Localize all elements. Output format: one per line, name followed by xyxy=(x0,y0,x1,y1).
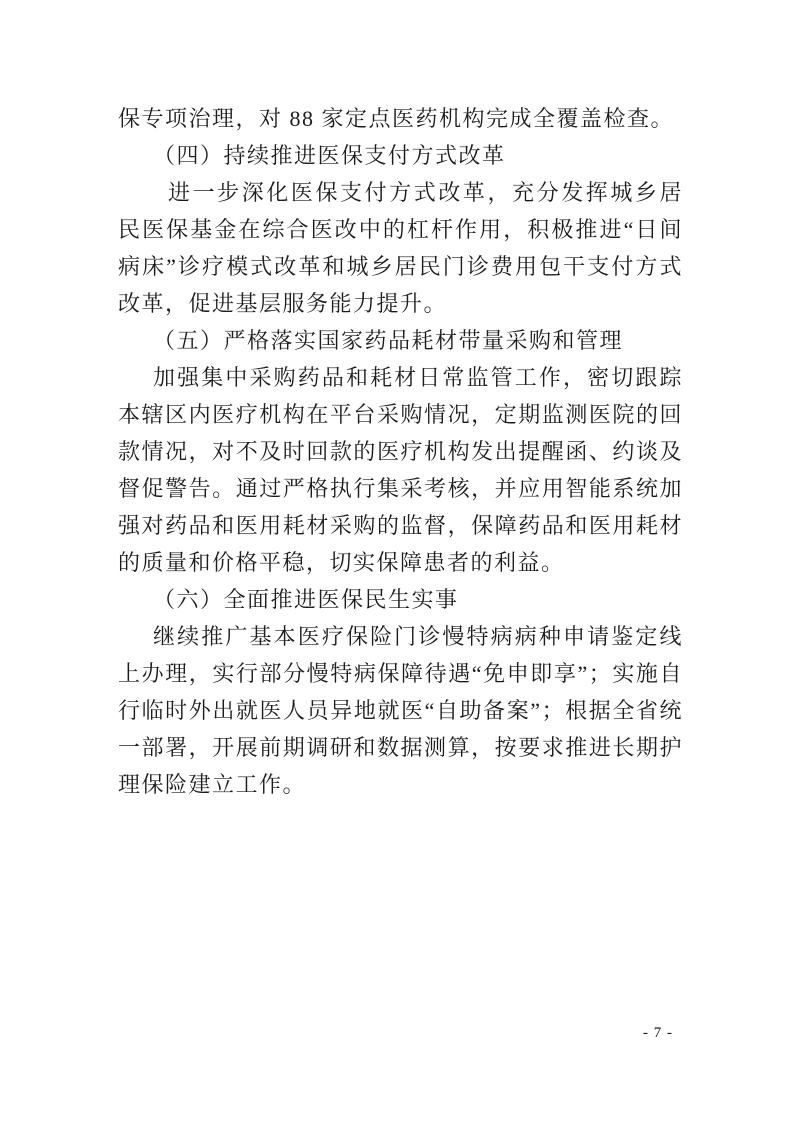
section-heading-4: （四）持续推进医保支付方式改革 xyxy=(118,137,683,174)
document-page: 保专项治理，对 88 家定点医药机构完成全覆盖检查。 （四）持续推进医保支付方式… xyxy=(0,0,793,1122)
section-heading-6: （六）全面推进医保民生实事 xyxy=(118,581,683,618)
paragraph-section-6-body: 继续推广基本医疗保险门诊慢特病病种申请鉴定线上办理，实行部分慢特病保障待遇“免申… xyxy=(118,618,683,803)
document-body: 保专项治理，对 88 家定点医药机构完成全覆盖检查。 （四）持续推进医保支付方式… xyxy=(118,100,683,803)
section-heading-5: （五）严格落实国家药品耗材带量采购和管理 xyxy=(118,322,683,359)
paragraph-section-4-body: 进一步深化医保支付方式改革，充分发挥城乡居民医保基金在综合医改中的杠杆作用，积极… xyxy=(118,174,683,322)
paragraph-section-5-body: 加强集中采购药品和耗材日常监管工作，密切跟踪本辖区内医疗机构在平台采购情况，定期… xyxy=(118,359,683,581)
paragraph-continuation: 保专项治理，对 88 家定点医药机构完成全覆盖检查。 xyxy=(118,100,683,137)
page-number: - 7 - xyxy=(118,1024,683,1042)
